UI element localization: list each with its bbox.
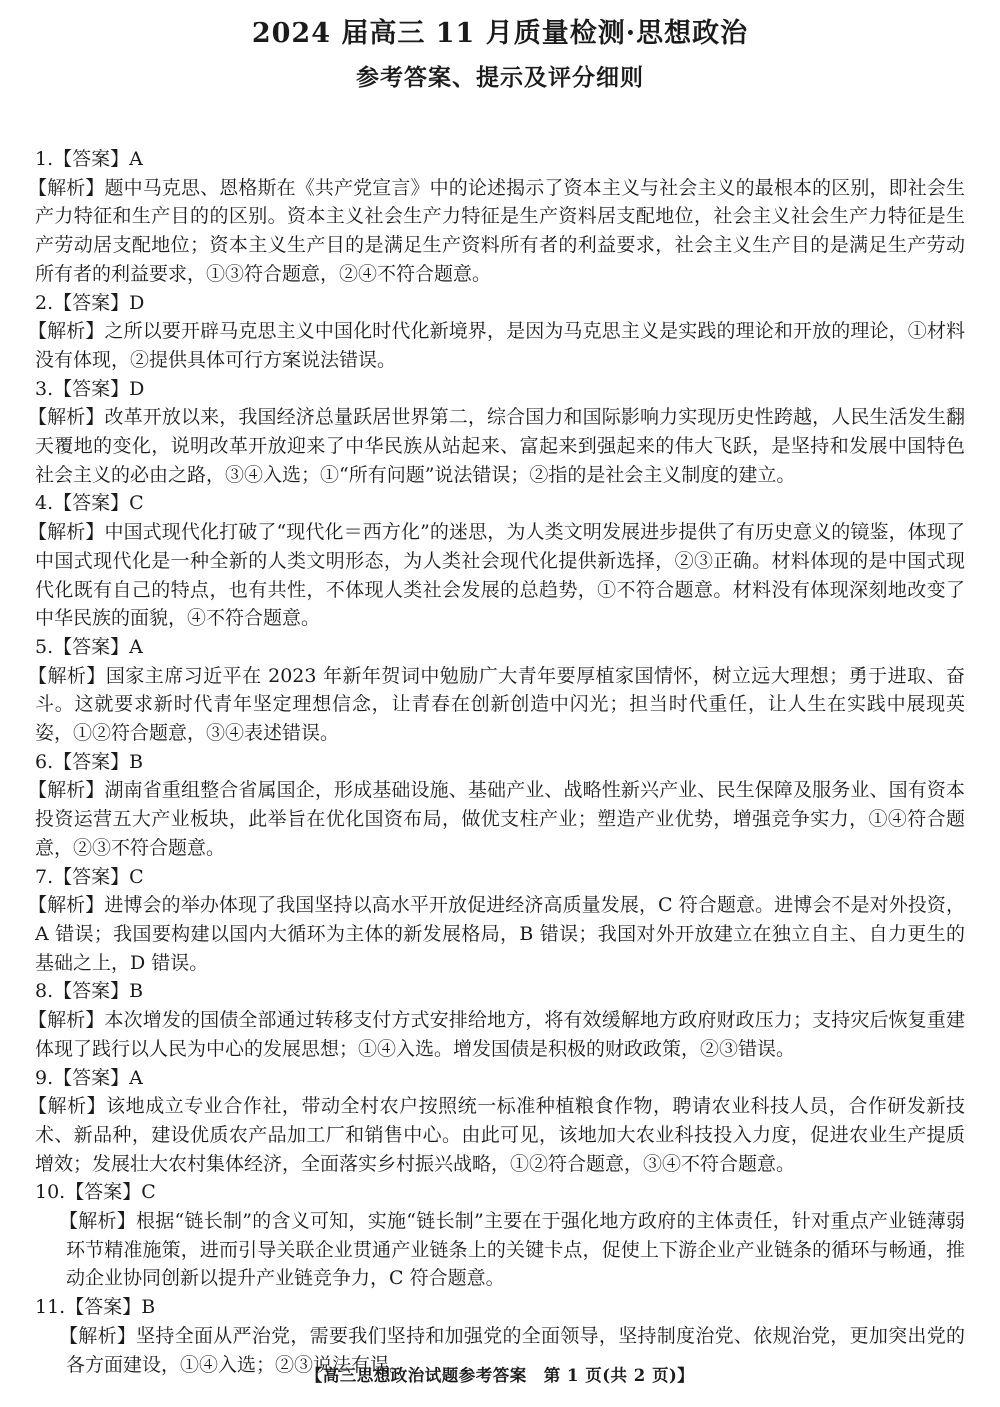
question-number: 2. <box>35 292 53 314</box>
answer-letter: B <box>129 980 143 1002</box>
analysis-label: 【解析】 <box>28 177 105 199</box>
analysis-label: 【解析】 <box>28 1095 106 1117</box>
answer-letter: A <box>129 148 143 170</box>
question-number: 5. <box>35 636 53 658</box>
answer-letter: D <box>129 378 144 400</box>
answer-key-document: 2024 届高三 11 月质量检测·思想政治 参考答案、提示及评分细则 1.【答… <box>0 0 1000 1379</box>
answer-letter: D <box>129 292 144 314</box>
analysis-label: 【解析】 <box>28 665 106 687</box>
answer-item: 7.【答案】C 【解析】进博会的举办体现了我国坚持以高水平开放促进经济高质量发展… <box>35 863 965 978</box>
analysis-text: 进博会的举办体现了我国坚持以高水平开放促进经济高质量发展，C 符合题意。进博会不… <box>35 894 965 973</box>
analysis-paragraph: 【解析】题中马克思、恩格斯在《共产党宣言》中的论述揭示了资本主义与社会主义的最根… <box>35 174 965 289</box>
answer-item: 1.【答案】A 【解析】题中马克思、恩格斯在《共产党宣言》中的论述揭示了资本主义… <box>35 145 965 289</box>
analysis-text: 国家主席习近平在 2023 年新年贺词中勉励广大青年要厚植家国情怀，树立远大理想… <box>35 665 965 744</box>
analysis-label: 【解析】 <box>28 521 104 543</box>
answer-line: 4.【答案】C <box>35 489 965 518</box>
analysis-paragraph: 【解析】中国式现代化打破了“现代化＝西方化”的迷思，为人类文明发展进步提供了有历… <box>35 518 965 633</box>
page-footer: 【高三思想政治试题参考答案 第 1 页(共 2 页)】 <box>0 1362 1000 1386</box>
answer-label: 【答案】 <box>53 492 129 514</box>
analysis-text: 改革开放以来，我国经济总量跃居世界第二，综合国力和国际影响力实现历史性跨越，人民… <box>35 406 965 485</box>
page-title: 2024 届高三 11 月质量检测·思想政治 <box>35 0 965 53</box>
analysis-paragraph: 【解析】之所以要开辟马克思主义中国化时代化新境界，是因为马克思主义是实践的理论和… <box>35 317 965 374</box>
answer-label: 【答案】 <box>65 1181 141 1203</box>
analysis-paragraph: 【解析】根据“链长制”的含义可知，实施“链长制”主要在于强化地方政府的主体责任，… <box>66 1207 965 1293</box>
question-number: 9. <box>35 1067 53 1089</box>
answer-item: 3.【答案】D 【解析】改革开放以来，我国经济总量跃居世界第二，综合国力和国际影… <box>35 375 965 490</box>
answer-line: 8.【答案】B <box>35 977 965 1006</box>
answer-label: 【答案】 <box>53 148 129 170</box>
analysis-label: 【解析】 <box>28 320 105 342</box>
answers-list: 1.【答案】A 【解析】题中马克思、恩格斯在《共产党宣言》中的论述揭示了资本主义… <box>35 145 965 1379</box>
analysis-paragraph: 【解析】本次增发的国债全部通过转移支付方式安排给地方，将有效缓解地方政府财政压力… <box>35 1006 965 1063</box>
analysis-paragraph: 【解析】改革开放以来，我国经济总量跃居世界第二，综合国力和国际影响力实现历史性跨… <box>35 403 965 489</box>
answer-label: 【答案】 <box>53 980 129 1002</box>
answer-line: 10.【答案】C <box>35 1178 965 1207</box>
analysis-text: 湖南省重组整合省属国企，形成基础设施、基础产业、战略性新兴产业、民生保障及服务业… <box>35 779 965 858</box>
analysis-label: 【解析】 <box>59 1210 136 1232</box>
answer-letter: C <box>141 1181 156 1203</box>
analysis-text: 中国式现代化打破了“现代化＝西方化”的迷思，为人类文明发展进步提供了有历史意义的… <box>35 521 965 629</box>
answer-label: 【答案】 <box>53 378 129 400</box>
answer-item: 5.【答案】A 【解析】国家主席习近平在 2023 年新年贺词中勉励广大青年要厚… <box>35 633 965 748</box>
answer-item: 2.【答案】D 【解析】之所以要开辟马克思主义中国化时代化新境界，是因为马克思主… <box>35 289 965 375</box>
answer-label: 【答案】 <box>53 751 129 773</box>
answer-line: 7.【答案】C <box>35 863 965 892</box>
question-number: 4. <box>35 492 53 514</box>
answer-line: 2.【答案】D <box>35 289 965 318</box>
analysis-label: 【解析】 <box>28 1009 105 1031</box>
answer-label: 【答案】 <box>53 292 129 314</box>
question-number: 1. <box>35 148 53 170</box>
analysis-text: 题中马克思、恩格斯在《共产党宣言》中的论述揭示了资本主义与社会主义的最根本的区别… <box>35 177 965 285</box>
answer-line: 1.【答案】A <box>35 145 965 174</box>
answer-letter: C <box>129 492 144 514</box>
answer-line: 6.【答案】B <box>35 748 965 777</box>
answer-item: 4.【答案】C 【解析】中国式现代化打破了“现代化＝西方化”的迷思，为人类文明发… <box>35 489 965 633</box>
answer-item: 10.【答案】C 【解析】根据“链长制”的含义可知，实施“链长制”主要在于强化地… <box>35 1178 965 1293</box>
analysis-label: 【解析】 <box>28 406 105 428</box>
analysis-paragraph: 【解析】湖南省重组整合省属国企，形成基础设施、基础产业、战略性新兴产业、民生保障… <box>35 776 965 862</box>
analysis-text: 之所以要开辟马克思主义中国化时代化新境界，是因为马克思主义是实践的理论和开放的理… <box>35 320 965 371</box>
question-number: 8. <box>35 980 53 1002</box>
answer-letter: B <box>129 751 143 773</box>
answer-label: 【答案】 <box>53 866 129 888</box>
page-subtitle: 参考答案、提示及评分细则 <box>35 61 965 95</box>
answer-item: 6.【答案】B 【解析】湖南省重组整合省属国企，形成基础设施、基础产业、战略性新… <box>35 748 965 863</box>
analysis-paragraph: 【解析】该地成立专业合作社，带动全村农户按照统一标准种植粮食作物，聘请农业科技人… <box>35 1092 965 1178</box>
analysis-text: 本次增发的国债全部通过转移支付方式安排给地方，将有效缓解地方政府财政压力；支持灾… <box>35 1009 965 1060</box>
answer-letter: A <box>129 1067 143 1089</box>
analysis-paragraph: 【解析】进博会的举办体现了我国坚持以高水平开放促进经济高质量发展，C 符合题意。… <box>35 891 965 977</box>
answer-label: 【答案】 <box>53 1067 129 1089</box>
answer-line: 5.【答案】A <box>35 633 965 662</box>
answer-item: 8.【答案】B 【解析】本次增发的国债全部通过转移支付方式安排给地方，将有效缓解… <box>35 977 965 1063</box>
analysis-paragraph: 【解析】国家主席习近平在 2023 年新年贺词中勉励广大青年要厚植家国情怀，树立… <box>35 662 965 748</box>
question-number: 6. <box>35 751 53 773</box>
answer-label: 【答案】 <box>65 1296 141 1318</box>
answer-letter: B <box>141 1296 155 1318</box>
analysis-text: 该地成立专业合作社，带动全村农户按照统一标准种植粮食作物，聘请农业科技人员，合作… <box>35 1095 965 1174</box>
answer-line: 11.【答案】B <box>35 1293 965 1322</box>
analysis-text: 根据“链长制”的含义可知，实施“链长制”主要在于强化地方政府的主体责任，针对重点… <box>66 1210 965 1289</box>
question-number: 3. <box>35 378 53 400</box>
analysis-label: 【解析】 <box>59 1325 136 1347</box>
analysis-label: 【解析】 <box>28 779 105 801</box>
question-number: 10. <box>35 1181 65 1203</box>
answer-letter: A <box>129 636 143 658</box>
analysis-label: 【解析】 <box>28 894 104 916</box>
answer-line: 9.【答案】A <box>35 1064 965 1093</box>
answer-item: 9.【答案】A 【解析】该地成立专业合作社，带动全村农户按照统一标准种植粮食作物… <box>35 1064 965 1179</box>
question-number: 11. <box>35 1296 65 1318</box>
answer-letter: C <box>129 866 144 888</box>
answer-label: 【答案】 <box>53 636 129 658</box>
question-number: 7. <box>35 866 53 888</box>
answer-line: 3.【答案】D <box>35 375 965 404</box>
